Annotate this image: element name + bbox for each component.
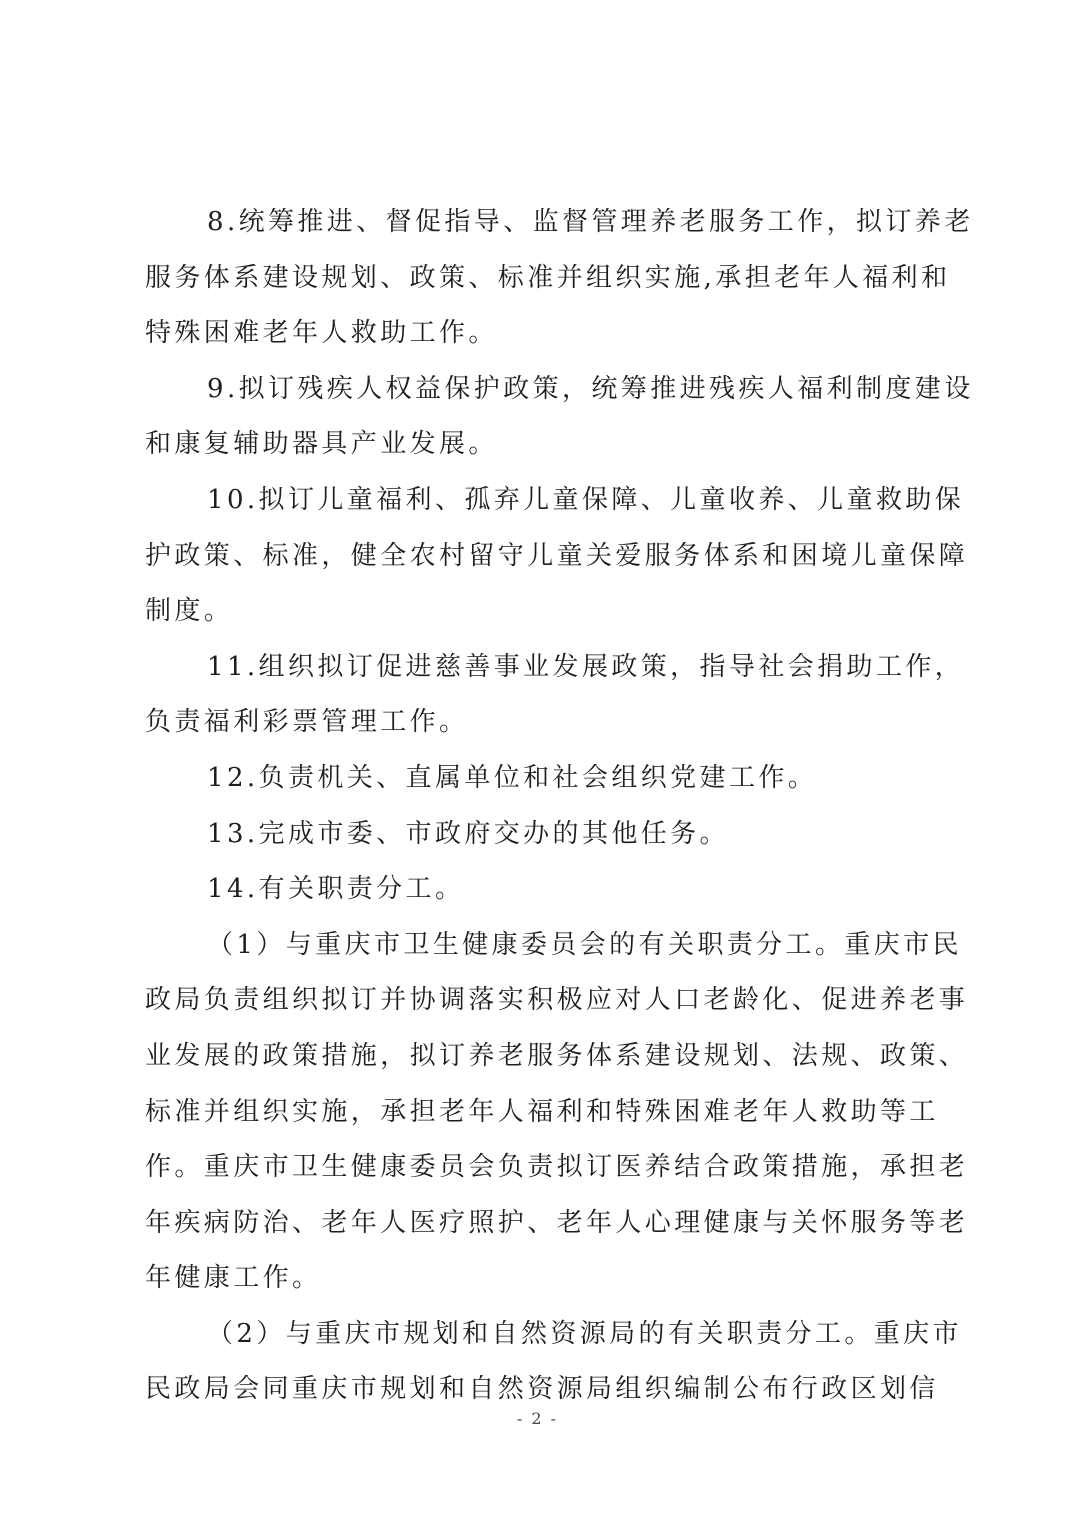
paragraph-line: （1）与重庆市卫生健康委员会的有关职责分工。重庆市民 bbox=[145, 921, 945, 977]
paragraph-line: 8.统筹推进、督促指导、监督管理养老服务工作，拟订养老 bbox=[145, 198, 945, 254]
paragraph-line: 特殊困难老年人救助工作。 bbox=[145, 309, 945, 365]
paragraph-line: 业发展的政策措施，拟订养老服务体系建设规划、法规、政策、 bbox=[145, 1032, 945, 1088]
paragraph-line: 10.拟订儿童福利、孤弃儿童保障、儿童收养、儿童救助保 bbox=[145, 476, 945, 532]
paragraph-line: 12.负责机关、直属单位和社会组织党建工作。 bbox=[145, 754, 945, 810]
paragraph-line: 制度。 bbox=[145, 587, 945, 643]
paragraph-line: 13.完成市委、市政府交办的其他任务。 bbox=[145, 810, 945, 866]
document-page: 8.统筹推进、督促指导、监督管理养老服务工作，拟订养老 服务体系建设规划、政策、… bbox=[0, 0, 1075, 1520]
paragraph-line: 负责福利彩票管理工作。 bbox=[145, 698, 945, 754]
paragraph-line: 护政策、标准，健全农村留守儿童关爱服务体系和困境儿童保障 bbox=[145, 532, 945, 588]
document-body: 8.统筹推进、督促指导、监督管理养老服务工作，拟订养老 服务体系建设规划、政策、… bbox=[145, 198, 945, 1421]
paragraph-line: 政局负责组织拟订并协调落实积极应对人口老龄化、促进养老事 bbox=[145, 976, 945, 1032]
paragraph-line: 年健康工作。 bbox=[145, 1254, 945, 1310]
paragraph-line: 作。重庆市卫生健康委员会负责拟订医养结合政策措施，承担老 bbox=[145, 1143, 945, 1199]
page-number: - 2 - bbox=[0, 1409, 1075, 1428]
paragraph-line: （2）与重庆市规划和自然资源局的有关职责分工。重庆市 bbox=[145, 1310, 945, 1366]
paragraph-line: 和康复辅助器具产业发展。 bbox=[145, 420, 945, 476]
paragraph-line: 年疾病防治、老年人医疗照护、老年人心理健康与关怀服务等老 bbox=[145, 1199, 945, 1255]
paragraph-line: 9.拟订残疾人权益保护政策，统筹推进残疾人福利制度建设 bbox=[145, 365, 945, 421]
paragraph-line: 14.有关职责分工。 bbox=[145, 865, 945, 921]
paragraph-line: 11.组织拟订促进慈善事业发展政策，指导社会捐助工作， bbox=[145, 643, 945, 699]
paragraph-line: 服务体系建设规划、政策、标准并组织实施,承担老年人福利和 bbox=[145, 254, 945, 310]
paragraph-line: 标准并组织实施，承担老年人福利和特殊困难老年人救助等工 bbox=[145, 1088, 945, 1144]
